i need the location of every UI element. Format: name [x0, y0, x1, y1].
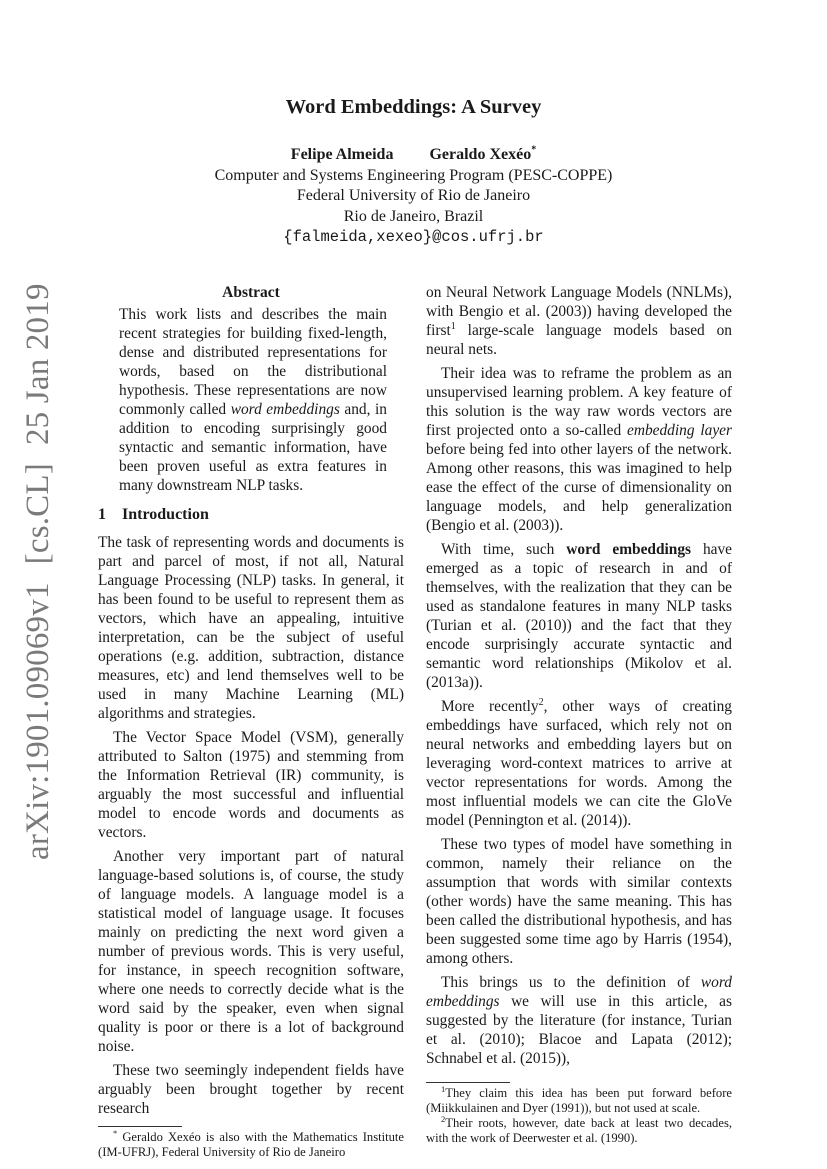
intro-paragraph-4: These two seemingly independent fields h… [98, 1061, 404, 1118]
right-paragraph-2: Their idea was to reframe the problem as… [426, 364, 732, 535]
section-title: Introduction [122, 506, 209, 523]
right-paragraph-3: With time, such word embeddings have eme… [426, 540, 732, 692]
right-paragraph-4: More recently2, other ways of creating e… [426, 697, 732, 830]
left-column: Abstract This work lists and describes t… [98, 283, 404, 1160]
author-names: Felipe AlmeidaGeraldo Xexéo* [0, 145, 827, 166]
affiliation-line-1: Computer and Systems Engineering Program… [0, 166, 827, 187]
arxiv-identifier-stamp: arXiv:1901.09069v1[cs.CL]25 Jan 2019 [20, 265, 57, 860]
right-paragraph-5: These two types of model have something … [426, 835, 732, 968]
intro-paragraph-1: The task of representing words and docum… [98, 533, 404, 723]
footnote-author: * Geraldo Xexéo is also with the Mathema… [98, 1130, 404, 1160]
arxiv-id: arXiv:1901.09069v1 [20, 582, 56, 860]
abstract-text: This work lists and describes the main r… [119, 305, 387, 495]
affiliation-line-2: Federal University of Rio de Janeiro [0, 186, 827, 207]
bold-word-embeddings: word embeddings [566, 541, 691, 558]
author-email: {falmeida,xexeo}@cos.ufrj.br [0, 227, 827, 248]
right-paragraph-6: This brings us to the definition of word… [426, 973, 732, 1068]
abstract-heading: Abstract [98, 283, 404, 302]
footnote-divider [426, 1082, 510, 1083]
right-column: on Neural Network Language Models (NNLMs… [426, 283, 732, 1146]
footnote-2: 2Their roots, however, date back at leas… [426, 1116, 732, 1146]
author-1: Felipe Almeida [291, 146, 394, 163]
footnote-1: 1They claim this idea has been put forwa… [426, 1086, 732, 1116]
emphasis-embedding-layer: embedding layer [627, 422, 732, 439]
footnote-divider [98, 1126, 182, 1127]
arxiv-date: 25 Jan 2019 [20, 283, 56, 445]
intro-paragraph-3: Another very important part of natural l… [98, 847, 404, 1056]
right-paragraph-1: on Neural Network Language Models (NNLMs… [426, 283, 732, 359]
author-block: Felipe AlmeidaGeraldo Xexéo* Computer an… [0, 145, 827, 248]
section-number: 1 [98, 505, 122, 524]
arxiv-category: [cs.CL] [20, 463, 56, 564]
author-2: Geraldo Xexéo* [429, 146, 536, 163]
paper-title: Word Embeddings: A Survey [0, 96, 827, 119]
affiliation-line-3: Rio de Janeiro, Brazil [0, 207, 827, 228]
author-2-footnote-mark: * [531, 145, 536, 156]
intro-paragraph-2: The Vector Space Model (VSM), generally … [98, 728, 404, 842]
section-heading-introduction: 1Introduction [98, 505, 404, 524]
abstract-emphasis: word embeddings [231, 401, 340, 418]
footnote-mark: * [113, 1128, 117, 1138]
